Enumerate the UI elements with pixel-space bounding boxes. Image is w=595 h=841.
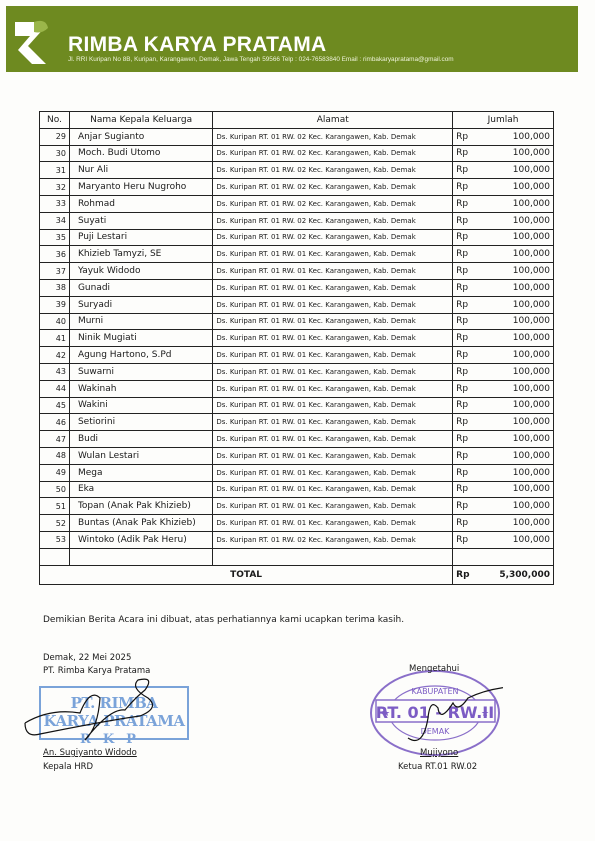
row-currency: Rp	[453, 296, 481, 313]
row-currency: Rp	[453, 279, 481, 296]
row-amount: 100,000	[481, 498, 554, 515]
row-amount: 100,000	[481, 229, 554, 246]
row-currency: Rp	[453, 195, 481, 212]
row-name: Khizieb Tamyzi, SE	[69, 246, 212, 263]
rt-stamp-icon: RT. 01 - RW.II KABUPATEN DEMAK ★ ★	[368, 668, 503, 758]
row-currency: Rp	[453, 447, 481, 464]
row-number: 52	[40, 515, 70, 532]
row-amount: 100,000	[481, 380, 554, 397]
row-address: Ds. Kuripan RT. 01 RW. 01 Kec. Karangawe…	[213, 313, 453, 330]
row-address: Ds. Kuripan RT. 01 RW. 02 Kec. Karangawe…	[213, 179, 453, 196]
total-currency: Rp	[453, 565, 481, 584]
signer-title-right: Ketua RT.01 RW.02	[398, 762, 477, 772]
row-amount: 100,000	[481, 246, 554, 263]
row-currency: Rp	[453, 263, 481, 280]
row-amount: 100,000	[481, 313, 554, 330]
row-amount: 100,000	[481, 414, 554, 431]
row-name: Eka	[69, 481, 212, 498]
row-amount: 100,000	[481, 179, 554, 196]
row-currency: Rp	[453, 347, 481, 364]
table-row: 31Nur AliDs. Kuripan RT. 01 RW. 02 Kec. …	[40, 162, 554, 179]
row-currency: Rp	[453, 162, 481, 179]
table-row: 52Buntas (Anak Pak Khizieb)Ds. Kuripan R…	[40, 515, 554, 532]
row-address: Ds. Kuripan RT. 01 RW. 02 Kec. Karangawe…	[213, 162, 453, 179]
table-header-row: No. Nama Kepala Keluarga Alamat Jumlah	[40, 112, 554, 129]
table-row: 32Maryanto Heru NugrohoDs. Kuripan RT. 0…	[40, 179, 554, 196]
row-address: Ds. Kuripan RT. 01 RW. 02 Kec. Karangawe…	[213, 229, 453, 246]
row-currency: Rp	[453, 481, 481, 498]
row-number: 34	[40, 212, 70, 229]
row-amount: 100,000	[481, 279, 554, 296]
row-amount: 100,000	[481, 431, 554, 448]
row-currency: Rp	[453, 531, 481, 548]
table-row: 49MegaDs. Kuripan RT. 01 RW. 01 Kec. Kar…	[40, 464, 554, 481]
row-name: Rohmad	[69, 195, 212, 212]
row-address: Ds. Kuripan RT. 01 RW. 02 Kec. Karangawe…	[213, 531, 453, 548]
svg-text:★: ★	[481, 708, 489, 718]
table-row: 29Anjar SugiantoDs. Kuripan RT. 01 RW. 0…	[40, 128, 554, 145]
table-row: 30Moch. Budi UtomoDs. Kuripan RT. 01 RW.…	[40, 145, 554, 162]
row-number: 43	[40, 363, 70, 380]
table-row: 41Ninik MugiatiDs. Kuripan RT. 01 RW. 01…	[40, 330, 554, 347]
row-address: Ds. Kuripan RT. 01 RW. 01 Kec. Karangawe…	[213, 347, 453, 364]
row-amount: 100,000	[481, 363, 554, 380]
signer-title-left: Kepala HRD	[43, 762, 93, 772]
row-currency: Rp	[453, 330, 481, 347]
total-row: TOTAL Rp 5,300,000	[40, 565, 554, 584]
row-name: Maryanto Heru Nugroho	[69, 179, 212, 196]
row-amount: 100,000	[481, 296, 554, 313]
row-currency: Rp	[453, 498, 481, 515]
row-number: 44	[40, 380, 70, 397]
row-number: 47	[40, 431, 70, 448]
row-number: 45	[40, 397, 70, 414]
row-number: 50	[40, 481, 70, 498]
row-currency: Rp	[453, 313, 481, 330]
table-row: 47BudiDs. Kuripan RT. 01 RW. 01 Kec. Kar…	[40, 431, 554, 448]
row-name: Buntas (Anak Pak Khizieb)	[69, 515, 212, 532]
row-name: Yayuk Widodo	[69, 263, 212, 280]
row-address: Ds. Kuripan RT. 01 RW. 01 Kec. Karangawe…	[213, 397, 453, 414]
row-amount: 100,000	[481, 195, 554, 212]
place-date: Demak, 22 Mei 2025	[43, 653, 131, 663]
row-currency: Rp	[453, 128, 481, 145]
row-name: Puji Lestari	[69, 229, 212, 246]
row-address: Ds. Kuripan RT. 01 RW. 01 Kec. Karangawe…	[213, 414, 453, 431]
row-currency: Rp	[453, 229, 481, 246]
row-number: 29	[40, 128, 70, 145]
row-address: Ds. Kuripan RT. 01 RW. 01 Kec. Karangawe…	[213, 380, 453, 397]
row-address: Ds. Kuripan RT. 01 RW. 01 Kec. Karangawe…	[213, 363, 453, 380]
company-logo-icon	[12, 16, 52, 68]
row-name: Ninik Mugiati	[69, 330, 212, 347]
table-row: 44WakinahDs. Kuripan RT. 01 RW. 01 Kec. …	[40, 380, 554, 397]
row-address: Ds. Kuripan RT. 01 RW. 01 Kec. Karangawe…	[213, 296, 453, 313]
row-number: 39	[40, 296, 70, 313]
row-name: Murni	[69, 313, 212, 330]
table-row: 50EkaDs. Kuripan RT. 01 RW. 01 Kec. Kara…	[40, 481, 554, 498]
row-name: Moch. Budi Utomo	[69, 145, 212, 162]
row-name: Suryadi	[69, 296, 212, 313]
closing-statement: Demikian Berita Acara ini dibuat, atas p…	[43, 615, 404, 625]
row-address: Ds. Kuripan RT. 01 RW. 01 Kec. Karangawe…	[213, 481, 453, 498]
empty-row	[40, 548, 554, 565]
row-currency: Rp	[453, 515, 481, 532]
table-row: 51Topan (Anak Pak Khizieb)Ds. Kuripan RT…	[40, 498, 554, 515]
row-currency: Rp	[453, 212, 481, 229]
row-currency: Rp	[453, 431, 481, 448]
header-amount: Jumlah	[453, 112, 554, 129]
acknowledged-label: Mengetahui	[409, 664, 459, 674]
row-number: 49	[40, 464, 70, 481]
row-address: Ds. Kuripan RT. 01 RW. 02 Kec. Karangawe…	[213, 212, 453, 229]
table-row: 35Puji LestariDs. Kuripan RT. 01 RW. 02 …	[40, 229, 554, 246]
table-row: 46SetioriniDs. Kuripan RT. 01 RW. 01 Kec…	[40, 414, 554, 431]
company-name: RIMBA KARYA PRATAMA	[68, 34, 326, 56]
row-currency: Rp	[453, 179, 481, 196]
svg-text:★: ★	[382, 708, 390, 718]
row-number: 37	[40, 263, 70, 280]
row-number: 35	[40, 229, 70, 246]
row-currency: Rp	[453, 397, 481, 414]
row-number: 36	[40, 246, 70, 263]
row-currency: Rp	[453, 363, 481, 380]
row-currency: Rp	[453, 414, 481, 431]
row-amount: 100,000	[481, 145, 554, 162]
row-address: Ds. Kuripan RT. 01 RW. 01 Kec. Karangawe…	[213, 246, 453, 263]
header-no: No.	[40, 112, 70, 129]
table-row: 38GunadiDs. Kuripan RT. 01 RW. 01 Kec. K…	[40, 279, 554, 296]
row-name: Anjar Sugianto	[69, 128, 212, 145]
row-number: 32	[40, 179, 70, 196]
row-name: Nur Ali	[69, 162, 212, 179]
row-name: Mega	[69, 464, 212, 481]
row-currency: Rp	[453, 145, 481, 162]
row-currency: Rp	[453, 380, 481, 397]
row-amount: 100,000	[481, 397, 554, 414]
row-name: Gunadi	[69, 279, 212, 296]
header-address: Alamat	[213, 112, 453, 129]
signature-left-icon	[20, 668, 170, 748]
row-amount: 100,000	[481, 347, 554, 364]
table-row: 48Wulan LestariDs. Kuripan RT. 01 RW. 01…	[40, 447, 554, 464]
row-address: Ds. Kuripan RT. 01 RW. 02 Kec. Karangawe…	[213, 195, 453, 212]
row-name: Suyati	[69, 212, 212, 229]
row-amount: 100,000	[481, 212, 554, 229]
row-address: Ds. Kuripan RT. 01 RW. 02 Kec. Karangawe…	[213, 128, 453, 145]
row-name: Suwarni	[69, 363, 212, 380]
row-number: 30	[40, 145, 70, 162]
table-row: 40MurniDs. Kuripan RT. 01 RW. 01 Kec. Ka…	[40, 313, 554, 330]
row-address: Ds. Kuripan RT. 01 RW. 01 Kec. Karangawe…	[213, 279, 453, 296]
row-number: 38	[40, 279, 70, 296]
table-row: 37Yayuk WidodoDs. Kuripan RT. 01 RW. 01 …	[40, 263, 554, 280]
row-number: 51	[40, 498, 70, 515]
row-address: Ds. Kuripan RT. 01 RW. 01 Kec. Karangawe…	[213, 464, 453, 481]
table-row: 39SuryadiDs. Kuripan RT. 01 RW. 01 Kec. …	[40, 296, 554, 313]
row-address: Ds. Kuripan RT. 01 RW. 01 Kec. Karangawe…	[213, 431, 453, 448]
row-amount: 100,000	[481, 531, 554, 548]
table-row: 42Agung Hartono, S.PdDs. Kuripan RT. 01 …	[40, 347, 554, 364]
row-name: Budi	[69, 431, 212, 448]
row-name: Topan (Anak Pak Khizieb)	[69, 498, 212, 515]
row-number: 33	[40, 195, 70, 212]
row-address: Ds. Kuripan RT. 01 RW. 01 Kec. Karangawe…	[213, 330, 453, 347]
row-address: Ds. Kuripan RT. 01 RW. 01 Kec. Karangawe…	[213, 447, 453, 464]
row-number: 31	[40, 162, 70, 179]
row-address: Ds. Kuripan RT. 01 RW. 01 Kec. Karangawe…	[213, 498, 453, 515]
recipient-table: No. Nama Kepala Keluarga Alamat Jumlah 2…	[39, 111, 554, 585]
row-amount: 100,000	[481, 162, 554, 179]
row-amount: 100,000	[481, 481, 554, 498]
row-number: 48	[40, 447, 70, 464]
row-name: Wulan Lestari	[69, 447, 212, 464]
row-address: Ds. Kuripan RT. 01 RW. 02 Kec. Karangawe…	[213, 145, 453, 162]
row-name: Wintoko (Adik Pak Heru)	[69, 531, 212, 548]
row-number: 53	[40, 531, 70, 548]
header-name: Nama Kepala Keluarga	[69, 112, 212, 129]
row-amount: 100,000	[481, 447, 554, 464]
row-amount: 100,000	[481, 128, 554, 145]
row-address: Ds. Kuripan RT. 01 RW. 01 Kec. Karangawe…	[213, 515, 453, 532]
table-row: 53Wintoko (Adik Pak Heru)Ds. Kuripan RT.…	[40, 531, 554, 548]
company-address: Jl. RRI Kuripan No 8B, Kuripan, Karangaw…	[68, 56, 454, 63]
row-number: 40	[40, 313, 70, 330]
signer-name-right: Mujiyono	[420, 748, 458, 758]
row-currency: Rp	[453, 464, 481, 481]
row-amount: 100,000	[481, 263, 554, 280]
signer-name-left: An. Sugiyanto Widodo	[43, 748, 137, 758]
row-name: Wakinah	[69, 380, 212, 397]
table-row: 43SuwarniDs. Kuripan RT. 01 RW. 01 Kec. …	[40, 363, 554, 380]
row-name: Setiorini	[69, 414, 212, 431]
table-row: 45WakiniDs. Kuripan RT. 01 RW. 01 Kec. K…	[40, 397, 554, 414]
row-amount: 100,000	[481, 515, 554, 532]
total-label: TOTAL	[40, 565, 453, 584]
row-name: Agung Hartono, S.Pd	[69, 347, 212, 364]
total-amount: 5,300,000	[481, 565, 554, 584]
row-number: 42	[40, 347, 70, 364]
row-amount: 100,000	[481, 464, 554, 481]
row-amount: 100,000	[481, 330, 554, 347]
row-address: Ds. Kuripan RT. 01 RW. 01 Kec. Karangawe…	[213, 263, 453, 280]
svg-text:KABUPATEN: KABUPATEN	[411, 687, 458, 696]
table-row: 36Khizieb Tamyzi, SEDs. Kuripan RT. 01 R…	[40, 246, 554, 263]
row-currency: Rp	[453, 246, 481, 263]
table-row: 34SuyatiDs. Kuripan RT. 01 RW. 02 Kec. K…	[40, 212, 554, 229]
letterhead: RIMBA KARYA PRATAMA Jl. RRI Kuripan No 8…	[6, 6, 578, 72]
row-number: 41	[40, 330, 70, 347]
row-name: Wakini	[69, 397, 212, 414]
row-number: 46	[40, 414, 70, 431]
table-row: 33RohmadDs. Kuripan RT. 01 RW. 02 Kec. K…	[40, 195, 554, 212]
